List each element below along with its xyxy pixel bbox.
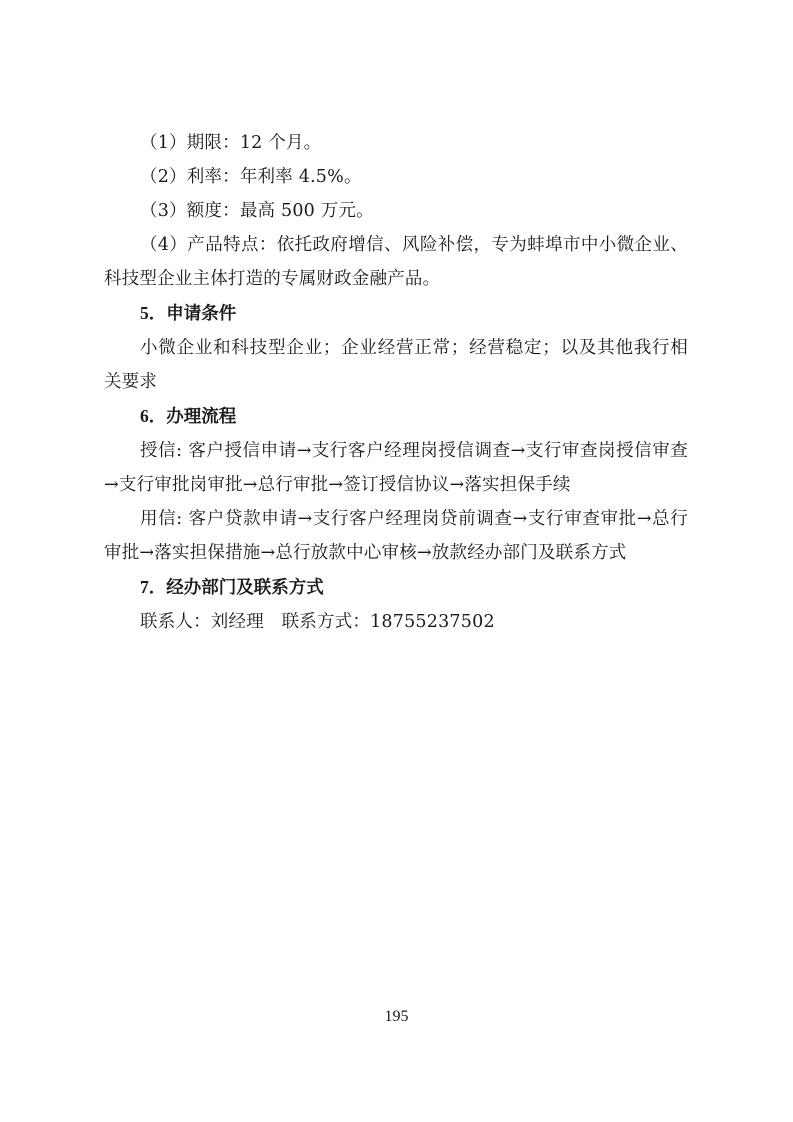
credit-limit-item: （3）额度：最高 500 万元。 — [104, 194, 688, 228]
page-number: 195 — [0, 1008, 793, 1026]
section-7-heading: 7．经办部门及联系方式 — [104, 570, 688, 605]
product-features-item: （4）产品特点：依托政府增信、风险补偿，专为蚌埠市中小微企业、科技型企业主体打造… — [104, 228, 688, 296]
section-5-heading: 5．申请条件 — [104, 296, 688, 331]
section-5-title: 申请条件 — [166, 304, 236, 324]
section-5-body: 小微企业和科技型企业；企业经营正常；经营稳定；以及其他我行相关要求 — [104, 331, 688, 399]
section-7-title: 经办部门及联系方式 — [166, 578, 324, 598]
contact-info: 联系人：刘经理 联系方式：18755237502 — [104, 605, 688, 639]
document-page: （1）期限：12 个月。 （2）利率：年利率 4.5%。 （3）额度：最高 50… — [104, 126, 688, 639]
credit-use-process: 用信: 客户贷款申请→支行客户经理岗贷前调查→支行审查审批→总行审批→落实担保措… — [104, 502, 688, 570]
section-6-title: 办理流程 — [166, 407, 236, 427]
interest-rate-item: （2）利率：年利率 4.5%。 — [104, 160, 688, 194]
section-5-number: 5． — [140, 303, 166, 323]
term-item: （1）期限：12 个月。 — [104, 126, 688, 160]
section-6-heading: 6．办理流程 — [104, 399, 688, 434]
section-6-number: 6． — [140, 406, 166, 426]
credit-grant-process: 授信: 客户授信申请→支行客户经理岗授信调查→支行审查岗授信审查→支行审批岗审批… — [104, 434, 688, 502]
section-7-number: 7． — [140, 577, 166, 597]
